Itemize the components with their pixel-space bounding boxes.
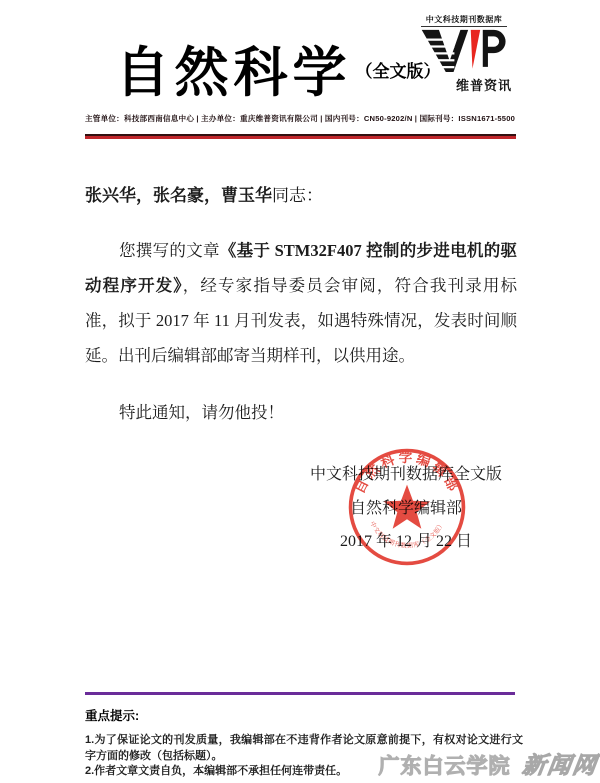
watermark-school-name: 广东白云学院: [379, 755, 511, 778]
masthead-divider: [85, 134, 516, 139]
acceptance-paragraph: 您撰写的文章《基于 STM32F407 控制的步进电机的驱动程序开发》，经专家指…: [85, 233, 517, 373]
vip-logo: 中文科技期刊数据库 维普资讯: [416, 14, 512, 94]
acceptance-letter-page: 自然科学（全文版） 中文科技期刊数据库 维普资讯 主管单位：科技部西南信息中心 …: [0, 0, 600, 783]
vip-icon: [420, 29, 506, 79]
publication-info: 主管单位：科技部西南信息中心 | 主办单位：重庆维普资讯有限公司 | 国内刊号：…: [85, 113, 515, 124]
salutation-suffix: 同志：: [272, 186, 323, 205]
vip-brand-name: 维普资讯: [456, 75, 512, 94]
editorial-seal-stamp: 自然科学编辑部 中文科技期刊数据库（全文版）: [346, 446, 468, 568]
journal-title: 自然科学: [116, 43, 352, 103]
recipient-names: 张兴华，张名豪，曹玉华: [85, 186, 272, 205]
svg-text:中文科技期刊数据库（全文版）: 中文科技期刊数据库（全文版）: [368, 520, 446, 550]
watermark: 广东白云学院 新闻网: [379, 747, 598, 780]
notes-title: 重点提示:: [85, 706, 523, 724]
watermark-site-name: 新闻网: [521, 747, 600, 780]
footer-divider: [85, 692, 515, 695]
stamp-arc-bottom-text: 中文科技期刊数据库（全文版）: [368, 520, 446, 550]
notice-line: 特此通知，请勿他投！: [85, 395, 517, 430]
letter-body: 张兴华，张名豪，曹玉华同志： 您撰写的文章《基于 STM32F407 控制的步进…: [85, 178, 517, 430]
paragraph-prefix: 您撰写的文章: [119, 241, 220, 260]
vip-database-label: 中文科技期刊数据库: [421, 14, 507, 27]
stamp-star-icon: [384, 485, 430, 529]
salutation: 张兴华，张名豪，曹玉华同志：: [85, 178, 517, 213]
